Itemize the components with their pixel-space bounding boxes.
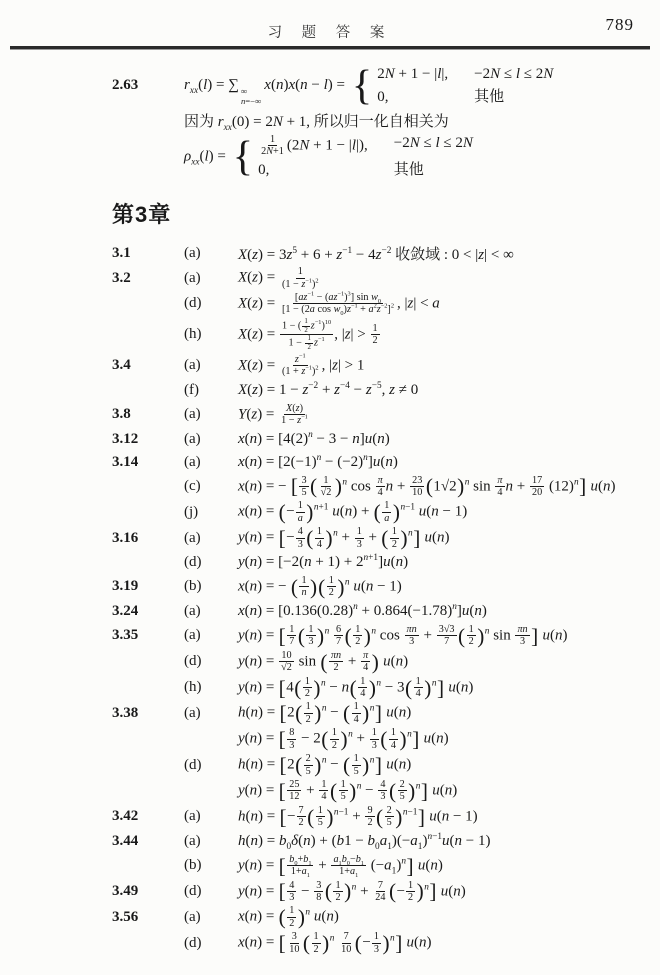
denominator: 7 [287,636,296,647]
denominator: 2 [303,688,312,699]
fraction: 14 [389,727,398,751]
fraction: 83 [287,727,296,751]
denominator: 2 [287,918,296,929]
numerator: 1 [382,500,391,512]
header-rule [10,46,650,49]
denominator: 1 − 12z−1 [287,335,327,352]
bracket: ( [297,624,305,648]
part-label: (a) [184,245,238,262]
part-label: (a) [184,603,238,620]
bracket: ] [429,879,437,903]
bracket: ) [340,727,348,751]
denominator: 2 [371,335,380,346]
bracket: ) [322,931,330,955]
superscript: n [353,602,358,612]
problem-number: 2.63 [112,77,184,94]
denominator: 5 [398,791,407,802]
bracket: [ [278,526,286,550]
superscript: n [322,704,327,714]
answer-row: 3.24(a)x(n) = [0.136(0.28)n + 0.864(−1.7… [112,601,642,622]
fraction: 12 [330,727,339,751]
problem-number: 3.35 [112,627,184,644]
bracket: ) [306,500,314,524]
denominator: 2 [353,636,362,647]
denominator: 5 [304,766,313,777]
numerator: 3 [314,880,323,892]
numerator: 4 [378,779,387,791]
superscript: n [342,477,347,487]
denominator: 2 [467,636,476,647]
numerator: 3 [299,475,308,487]
formula: x(n) = − [35(1√2)n cos π4n + 2310(1√2)n … [238,475,615,499]
denominator: 10 [339,944,353,955]
fraction: 1a [296,500,305,524]
bracket: ( [373,500,381,524]
superscript: n [321,678,326,688]
problem-number: 3.56 [112,909,184,926]
numerator: 17 [530,475,544,487]
cases-cell: 其他 [394,161,473,180]
numerator: b0+b1 [287,854,313,866]
numerator: 1 [327,575,336,587]
bracket: ) [400,526,408,550]
subscript: xx [190,86,198,96]
superscript: n+1 [314,503,329,513]
cases-cell: −2N ≤ l ≤ 2N [474,65,553,84]
denominator: 2 [327,587,336,598]
denominator: a [382,513,391,524]
subscript: 1 [418,842,423,852]
fraction: 2512 [287,779,301,803]
fraction: πn3 [515,624,529,648]
denominator: 1+a1 [337,866,360,877]
denominator: 3 [378,791,387,802]
bracket: ( [290,575,298,599]
superscript: −1 [299,352,306,359]
bracket: [ [279,701,287,725]
denominator: 3 [407,636,416,647]
denominator: 5 [316,817,325,828]
denominator: 2 [297,817,306,828]
formula: X(z) = 1 − (12z−1)101 − 12z−1, |z| > 12 [238,318,381,352]
fraction: 1a [382,500,391,524]
fraction: 12 [302,318,309,335]
bracket: ( [381,526,389,550]
numerator: 1 [390,526,399,538]
superscript: n [465,477,470,487]
fraction: 14 [319,779,328,803]
numerator: 9 [365,805,374,817]
bracket: [ [278,879,286,903]
problem-number: 3.14 [112,454,184,471]
bracket: ( [458,624,466,648]
book-page: 习 题 答 案 789 2.63rxx(l) = ∑∞n=−∞x(n)x(n −… [0,0,660,955]
superscript: n−1 [427,832,442,842]
bracket: ] [420,779,428,803]
superscript: n+1 [364,553,379,563]
bracket: [ [278,676,286,700]
part-label: (a) [184,431,238,448]
bracket: ) [317,624,325,648]
formula: x(n) = [2(−1)n − (−2)n]u(n) [238,454,398,471]
numerator: 1 [296,500,305,512]
formula: x(n) = [310(12)n 710(−13)n] u(n) [238,931,432,955]
sum-lower: n=−∞ [241,96,261,106]
superscript: n−1 [334,807,349,817]
formula: X(z) = 1 − z−2 + z−4 − z−5, z ≠ 0 [238,382,418,399]
denominator: 10 [410,487,424,498]
fraction: 43 [296,526,305,550]
denominator: 24 [373,892,387,903]
subscript: 1 [392,866,397,876]
formula: X(z) = z−1(1 + z−1)2, |z| > 1 [238,354,364,378]
superscript: n [348,730,353,740]
part-label: (d) [184,295,238,312]
fraction: 12 [390,526,399,550]
numerator: 1 [352,701,361,713]
fraction: 13 [370,727,379,751]
superscript: −1 [305,277,312,284]
denominator: √2 [279,662,294,673]
part-label: (a) [184,357,238,374]
fraction: πn2 [329,650,343,674]
numerator: 10 [279,650,293,662]
superscript: n [574,477,579,487]
fraction: 15 [352,753,361,777]
bracket: ( [388,779,396,803]
denominator: 7 [334,636,343,647]
page-header: 习 题 答 案 789 [0,0,660,44]
superscript: n [390,934,395,944]
fraction: 92 [365,805,374,829]
numerator: 1 [315,526,324,538]
bracket: ] [412,727,420,751]
denominator: [1 − (2a cos w0)z−1 + a2z−2]2 [280,304,396,315]
denominator: 2 [330,740,339,751]
fraction: π4 [495,475,504,499]
denominator: 2 [305,344,312,352]
fraction: 12 [333,880,342,904]
bracket: ) [424,676,432,700]
part-label: (d) [184,883,238,900]
bracket: ( [342,753,350,777]
formula: rxx(l) = ∑∞n=−∞x(n)x(n − l) = {2N + 1 − … [184,65,553,107]
superscript: 5 [292,246,297,256]
answer-row: 因为 rxx(0) = 2N + 1, 所以归一化自相关为 [112,110,642,131]
fraction: 14 [358,676,367,700]
answer-row: (d)x(n) = [310(12)n 710(−13)n] u(n) [112,931,642,955]
part-label: (d) [184,554,238,571]
fraction: 15 [316,805,325,829]
numerator: 1 [316,805,325,817]
answer-row: 3.35(a)y(n) = [17(13)n 67(12)n cos πn3 +… [112,624,642,648]
denominator: 12 [287,791,301,802]
cases-cell: 12N+1(2N + 1 − |l|), [258,134,368,158]
numerator: π [361,650,370,662]
formula: y(n) = [2512 + 14(15)n − 43(25)n] u(n) [238,779,457,803]
bracket: ( [388,879,396,903]
fraction: 15 [339,779,348,803]
superscript: 2 [315,277,318,284]
bracket: ) [399,727,407,751]
denominator: 2 [406,892,415,903]
superscript: −1 [318,337,325,344]
bracket: ] [579,474,587,498]
bracket: ) [457,474,465,498]
part-label: (a) [184,406,238,423]
superscript: n [308,430,313,440]
fraction: 14 [315,526,324,550]
bracket: [ [278,854,286,878]
bracket: ( [329,779,337,803]
numerator: 1 [353,624,362,636]
bracket: ( [295,701,303,725]
superscript: n [322,755,327,765]
denominator: 2 [333,892,342,903]
formula: h(n) = [2(12)n − (14)n] u(n) [238,701,411,725]
fraction: 13 [306,624,315,648]
cases-cell: 2N + 1 − |l|, [377,65,448,84]
numerator: 1 [339,779,348,791]
denominator: 4 [376,487,385,498]
fraction: 13 [372,931,381,955]
numerator: 1 [303,676,312,688]
problem-number: 3.8 [112,406,184,423]
fraction: 3√37 [437,624,457,648]
superscript: 3 [348,291,351,298]
answer-row: (h)X(z) = 1 − (12z−1)101 − 12z−1, |z| > … [112,318,642,352]
superscript: n [352,882,357,892]
bracket: ( [425,474,433,498]
superscript: n [357,781,362,791]
running-head-title: 习 题 答 案 [268,21,393,42]
denominator: 4 [352,714,361,725]
denominator: 4 [414,688,423,699]
sum-limits: ∞n=−∞ [241,86,261,106]
bracket: ] [374,701,382,725]
part-label: (b) [184,578,238,595]
superscript: −1 [305,365,312,372]
answer-row: (d)h(n) = [2(25)n − (15)n] u(n) [112,753,642,777]
numerator: 1 [268,134,277,146]
fraction: 12 [287,905,296,929]
numerator: 8 [287,727,296,739]
numerator: 1 [321,475,330,487]
denominator: 1 − z−1 [279,415,310,426]
answer-row: 3.14(a)x(n) = [2(−1)n − (−2)n]u(n) [112,452,642,473]
superscript: n [333,529,338,539]
numerator: 1 [305,335,312,344]
denominator: 4 [389,740,398,751]
problem-number: 3.1 [112,245,184,262]
numerator: 1 [296,266,305,278]
cases-group: {12N+1(2N + 1 − |l|),−2N ≤ l ≤ 2N0,其他 [233,134,473,181]
numerator: 1 [302,318,309,327]
denominator: 4 [361,662,370,673]
numerator: 1 [467,624,476,636]
formula: 因为 rxx(0) = 2N + 1, 所以归一化自相关为 [184,110,449,131]
answer-row: 3.4(a)X(z) = z−1(1 + z−1)2, |z| > 1 [112,354,642,378]
numerator: 1 [330,727,339,739]
cases-cell: 其他 [474,88,553,107]
superscript: n [452,602,457,612]
numerator: 7 [376,880,385,892]
fraction: 12 [327,575,336,599]
problem-number: 3.24 [112,603,184,620]
fraction: 10√2 [279,650,294,674]
numerator: πn [405,624,419,636]
problem-number: 3.2 [112,270,184,287]
formula: h(n) = [−72(15)n−1 + 92(25)n−1] u(n − 1) [238,805,478,829]
superscript: n [376,678,381,688]
denominator: 2 [312,944,321,955]
answer-row: (d)y(n) = [−2(n + 1) + 2n+1]u(n) [112,552,642,573]
answer-row: (f)X(z) = 1 − z−2 + z−4 − z−5, z ≠ 0 [112,380,642,401]
numerator: 1 [333,880,342,892]
denominator: 3 [296,539,305,550]
part-label: (a) [184,909,238,926]
part-label: (c) [184,478,238,495]
answer-row: 3.49(d)y(n) = [43 − 38(12)n + 724(−12)n]… [112,880,642,904]
fraction: 25 [385,805,394,829]
answer-row: (d)X(z) = [az−1 − (az−1)3] sin w0[1 − (2… [112,292,642,316]
fraction: 710 [339,931,353,955]
denominator: 3 [370,740,379,751]
formula: x(n) = − (1n)(12)n u(n − 1) [238,575,402,599]
denominator: 2 [390,539,399,550]
formula: y(n) = [43 − 38(12)n + 724(−12)n] u(n) [238,880,466,904]
bracket: [ [278,727,286,751]
superscript: −5 [372,381,382,391]
denominator: 3 [287,740,296,751]
answer-row: (c)x(n) = − [35(1√2)n cos π4n + 2310(1√2… [112,475,642,499]
part-label: (a) [184,705,238,722]
fraction: 12N+1 [259,134,286,158]
fraction: 2310 [410,475,424,499]
fraction: 1 − (12z−1)101 − 12z−1 [280,318,333,352]
numerator: 3 [290,931,299,943]
fraction: 43 [378,779,387,803]
denominator: 5 [385,817,394,828]
fraction: πn3 [405,624,419,648]
bracket: ) [314,753,322,777]
formula: y(n) = [−43(14)n + 13 + (12)n] u(n) [238,526,450,550]
fraction: 12 [467,624,476,648]
bracket: ) [395,805,403,829]
fraction: π4 [361,650,370,674]
part-label: (a) [184,270,238,287]
denominator: (1 − z−1)2 [280,279,321,290]
superscript: n [317,453,322,463]
denominator: 5 [339,791,348,802]
numerator: 1 [287,624,296,636]
fraction: 25 [398,779,407,803]
superscript: −1 [307,291,314,298]
formula: x(n) = (−1a)n+1 u(n) + (1a)n−1 u(n − 1) [238,500,467,524]
part-label: (d) [184,935,238,952]
bracket: ) [408,779,416,803]
bracket: ) [362,701,370,725]
superscript: n [371,626,376,636]
bracket: ( [344,624,352,648]
denominator: 3 [518,636,527,647]
bracket: ( [278,500,286,524]
fraction: 1(1 − z−1)2 [280,266,321,290]
denominator: 5 [352,766,361,777]
part-label: (a) [184,454,238,471]
answer-row: 3.19(b)x(n) = − (1n)(12)n u(n − 1) [112,575,642,599]
answer-row: y(n) = [83 − 2(12)n + 13(14)n] u(n) [112,727,642,751]
numerator: 1 − (12z−1)10 [280,318,333,336]
formula: X(z) = [az−1 − (az−1)3] sin w0[1 − (2a c… [238,292,440,316]
answer-row: 3.44(a)h(n) = b0δ(n) + (b1 − b0a1)(−a1)n… [112,831,642,852]
denominator: 2 [302,327,309,335]
bracket: ( [302,931,310,955]
bracket: [ [278,779,286,803]
part-label: (h) [184,679,238,696]
numerator: 2 [304,753,313,765]
cases-cell: 0, [258,161,368,180]
superscript: n [363,453,368,463]
part-label: (a) [184,627,238,644]
bracket: ( [294,676,302,700]
formula: X(z) = 1(1 − z−1)2 [238,266,322,290]
numerator: a1b0−b1 [331,854,366,866]
subscript: 1 [361,860,364,867]
superscript: −2 [381,303,388,310]
superscript: −4 [340,381,350,391]
numerator: 1 [406,880,415,892]
numerator: 7 [297,805,306,817]
formula: ρxx(l) = {12N+1(2N + 1 − |l|),−2N ≤ l ≤ … [184,134,473,181]
numerator: 2 [385,805,394,817]
denominator: 2 [365,817,374,828]
numerator: 7 [342,931,351,943]
answer-row: 3.42(a)h(n) = [−72(15)n−1 + 92(25)n−1] u… [112,805,642,829]
problem-number: 3.42 [112,808,184,825]
superscript: −1 [315,319,322,326]
part-label: (d) [184,757,238,774]
bracket: ( [376,805,384,829]
bracket: ( [306,526,314,550]
bracket: ) [349,779,357,803]
bracket: ( [349,676,357,700]
numerator: 25 [287,779,301,791]
denominator: 7 [442,636,451,647]
numerator: 6 [334,624,343,636]
formula: y(n) = [−2(n + 1) + 2n+1]u(n) [238,554,408,571]
cases-rows: 12N+1(2N + 1 − |l|),−2N ≤ l ≤ 2N0,其他 [258,134,473,181]
denominator: 4 [319,791,328,802]
denominator: n [299,587,308,598]
numerator: πn [515,624,529,636]
bracket: ) [477,624,485,648]
numerator: 1 [358,676,367,688]
denominator: 8 [314,892,323,903]
answer-row: y(n) = [2512 + 14(15)n − 43(25)n] u(n) [112,779,642,803]
bracket: ] [413,526,421,550]
denominator: 5 [299,487,308,498]
formula: y(n) = [17(13)n 67(12)n cos πn3 + 3√37(1… [238,624,568,648]
bracket: ] [374,753,382,777]
problem-number: 3.4 [112,357,184,374]
numerator: 1 [299,575,308,587]
bracket: ] [436,676,444,700]
problem-number: 3.38 [112,705,184,722]
cases-group: {2N + 1 − |l|,−2N ≤ l ≤ 2N0,其他 [352,65,554,107]
bracket: ) [362,753,370,777]
fraction: z−1(1 + z−1)2 [280,354,321,378]
